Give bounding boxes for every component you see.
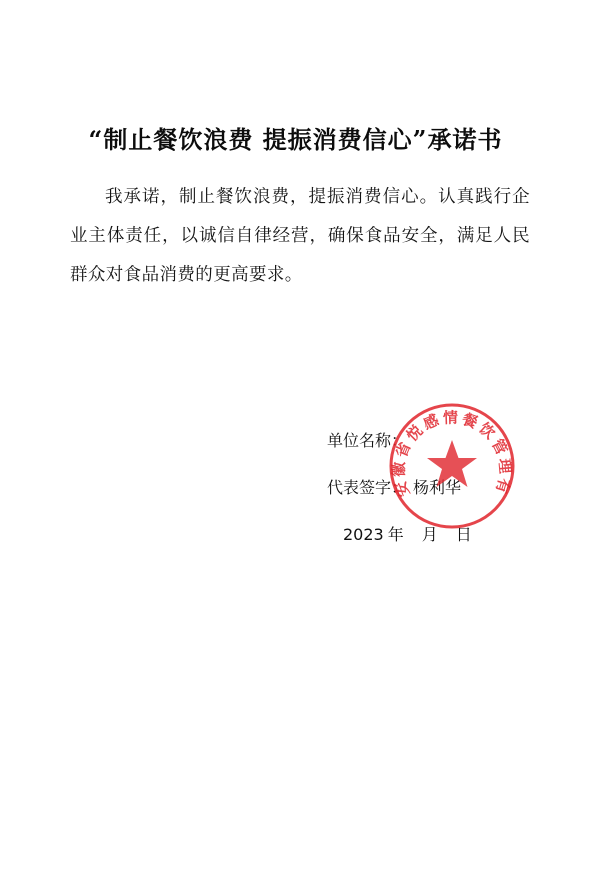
commitment-body: 我承诺，制止餐饮浪费，提振消费信心。认真践行企业主体责任，以诚信自律经营，确保食… xyxy=(70,178,530,295)
company-seal: 安徽省悦感情餐饮管理有限公司 xyxy=(388,402,516,530)
document-title: “制止餐饮浪费 提振消费信心”承诺书 xyxy=(0,120,591,155)
seal-stamp-icon: 安徽省悦感情餐饮管理有限公司 xyxy=(388,402,516,530)
star-icon xyxy=(427,440,477,487)
commitment-paragraph: 我承诺，制止餐饮浪费，提振消费信心。认真践行企业主体责任，以诚信自律经营，确保食… xyxy=(70,178,530,295)
date-year: 2023 xyxy=(343,525,384,544)
